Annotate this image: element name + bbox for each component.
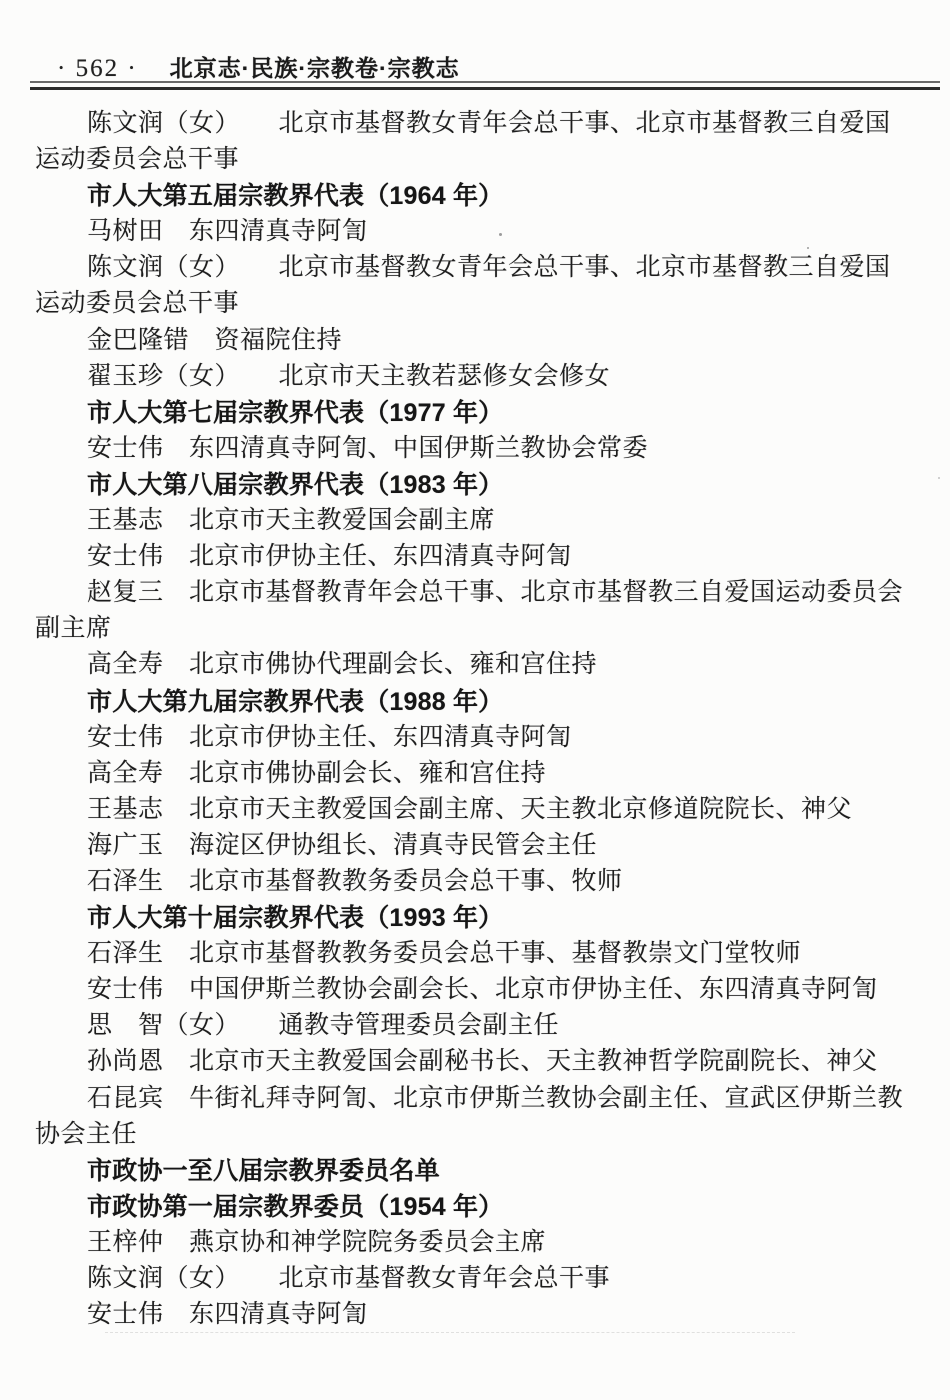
section-heading: 市人大第七届宗教界代表（1977 年） [35,395,922,431]
text-line: 王基志 北京市天主教爱国会副主席 [35,503,922,539]
section-heading: 市人大第十届宗教界代表（1993 年） [35,900,922,936]
text-line: 陈文润（女） 北京市基督教女青年会总干事、北京市基督教三自爱国 [35,250,922,286]
text-line: 石泽生 北京市基督教教务委员会总干事、基督教崇文门堂牧师 [35,936,922,972]
text-line: 副主席 [35,611,922,647]
scan-artifact-dot [807,247,809,249]
text-line: 王梓仲 燕京协和神学院院务委员会主席 [35,1225,922,1261]
text-line: 赵复三 北京市基督教青年会总干事、北京市基督教三自爱国运动委员会 [35,575,922,611]
text-line: 运动委员会总干事 [35,142,922,178]
text-line: 石昆宾 牛街礼拜寺阿訇、北京市伊斯兰教协会副主任、宣武区伊斯兰教 [35,1081,922,1117]
text-line: 王基志 北京市天主教爱国会副主席、天主教北京修道院院长、神父 [35,792,922,828]
text-line: 马树田 东四清真寺阿訇 [35,214,922,250]
text-line: 安士伟 北京市伊协主任、东四清真寺阿訇 [35,539,922,575]
text-line: 运动委员会总干事 [35,286,922,322]
text-line: 安士伟 中国伊斯兰教协会副会长、北京市伊协主任、东四清真寺阿訇 [35,972,922,1008]
section-heading: 市政协一至八届宗教界委员名单 [35,1153,922,1189]
text-line: 安士伟 东四清真寺阿訇 [35,1297,922,1333]
scan-artifact-line [105,1332,795,1333]
header-double-rule [30,81,940,90]
section-heading: 市政协第一届宗教界委员（1954 年） [35,1189,922,1225]
text-line: 高全寿 北京市佛协代理副会长、雍和宫住持 [35,647,922,683]
text-line: 思 智（女） 通教寺管理委员会副主任 [35,1008,922,1044]
text-line: 协会主任 [35,1117,922,1153]
running-header: · 562 · 北京志·民族·宗教卷·宗教志 [57,50,920,83]
section-heading: 市人大第八届宗教界代表（1983 年） [35,467,922,503]
document-lines: 陈文润（女） 北京市基督教女青年会总干事、北京市基督教三自爱国运动委员会总干事市… [35,106,922,1333]
scanned-book-page: · 562 · 北京志·民族·宗教卷·宗教志 陈文润（女） 北京市基督教女青年会… [0,0,950,1400]
text-line: 孙尚恩 北京市天主教爱国会副秘书长、天主教神哲学院副院长、神父 [35,1044,922,1080]
text-line: 高全寿 北京市佛协副会长、雍和宫住持 [35,756,922,792]
text-line: 安士伟 北京市伊协主任、东四清真寺阿訇 [35,720,922,756]
text-line: 石泽生 北京市基督教教务委员会总干事、牧师 [35,864,922,900]
text-line: 金巴隆错 资福院住持 [35,323,922,359]
section-heading: 市人大第九届宗教界代表（1988 年） [35,684,922,720]
scan-artifact-dot [499,233,502,236]
scan-artifact-dot [938,477,940,479]
text-line: 陈文润（女） 北京市基督教女青年会总干事、北京市基督教三自爱国 [35,106,922,142]
section-heading: 市人大第五届宗教界代表（1964 年） [35,178,922,214]
page-number: · 562 · [57,55,138,83]
text-line: 翟玉珍（女） 北京市天主教若瑟修女会修女 [35,359,922,395]
text-line: 安士伟 东四清真寺阿訇、中国伊斯兰教协会常委 [35,431,922,467]
text-line: 海广玉 海淀区伊协组长、清真寺民管会主任 [35,828,922,864]
text-line: 陈文润（女） 北京市基督教女青年会总干事 [35,1261,922,1297]
book-title: 北京志·民族·宗教卷·宗教志 [170,50,460,83]
